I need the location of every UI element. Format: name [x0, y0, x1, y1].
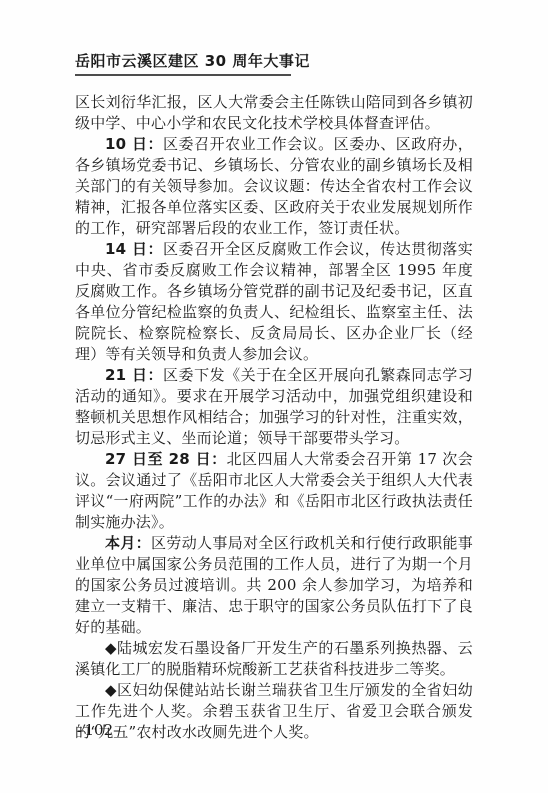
title-rule [75, 74, 291, 76]
page-footer: –102– [77, 721, 121, 739]
paragraph-text: 区委召开全区反腐败工作会议，传达贯彻落实中央、省市委反腐败工作会议精神，部署全区… [75, 240, 473, 363]
paragraph-text: 陆城宏发石墨设备厂开发生产的石墨系列换热器、云溪镇化工厂的脱脂精环烷酸新工艺获省… [75, 639, 473, 678]
page-title: 岳阳市云溪区建区 30 周年大事记 [75, 52, 475, 70]
page-header: 岳阳市云溪区建区 30 周年大事记 [75, 52, 475, 76]
page-body: 区长刘衍华汇报，区人大常委会主任陈铁山陪同到各乡镇初级中学、中心小学和农民文化技… [75, 92, 473, 743]
paragraph-lead: 10 日： [105, 135, 163, 153]
paragraph-continuation: 区长刘衍华汇报，区人大常委会主任陈铁山陪同到各乡镇初级中学、中心小学和农民文化技… [75, 92, 473, 134]
paragraph-entry-14th: 14 日：区委召开全区反腐败工作会议，传达贯彻落实中央、省市委反腐败工作会议精神… [75, 239, 473, 365]
paragraph-entry-21st: 21 日：区委下发《关于在全区开展向孔繁森同志学习活动的通知》。要求在开展学习活… [75, 365, 473, 449]
page-number: –102– [77, 721, 121, 739]
paragraph-bullet-award-1: ◆陆城宏发石墨设备厂开发生产的石墨系列换热器、云溪镇化工厂的脱脂精环烷酸新工艺获… [75, 638, 473, 680]
paragraph-entry-month: 本月：区劳动人事局对全区行政机关和行使行政职能事业单位中属国家公务员范围的工作人… [75, 533, 473, 638]
paragraph-lead: 21 日： [105, 366, 163, 384]
paragraph-text: 区长刘衍华汇报，区人大常委会主任陈铁山陪同到各乡镇初级中学、中心小学和农民文化技… [75, 93, 473, 132]
paragraph-entry-27th-28th: 27 日至 28 日：北区四届人大常委会召开第 17 次会议。会议通过了《岳阳市… [75, 449, 473, 533]
paragraph-entry-10th: 10 日：区委召开农业工作会议。区委办、区政府办，各乡镇场党委书记、乡镇场长、分… [75, 134, 473, 239]
document-page: 岳阳市云溪区建区 30 周年大事记 区长刘衍华汇报，区人大常委会主任陈铁山陪同到… [0, 0, 548, 793]
diamond-bullet-icon: ◆ [105, 681, 117, 699]
paragraph-lead: 本月： [105, 534, 151, 552]
paragraph-bullet-award-2: ◆区妇幼保健站站长谢兰瑞获省卫生厅颁发的全省妇幼工作先进个人奖。余碧玉获省卫生厅… [75, 680, 473, 743]
paragraph-lead: 27 日至 28 日： [105, 450, 227, 468]
paragraph-lead: 14 日： [105, 240, 163, 258]
diamond-bullet-icon: ◆ [105, 639, 117, 657]
paragraph-text: 区妇幼保健站站长谢兰瑞获省卫生厅颁发的全省妇幼工作先进个人奖。余碧玉获省卫生厅、… [75, 681, 473, 741]
